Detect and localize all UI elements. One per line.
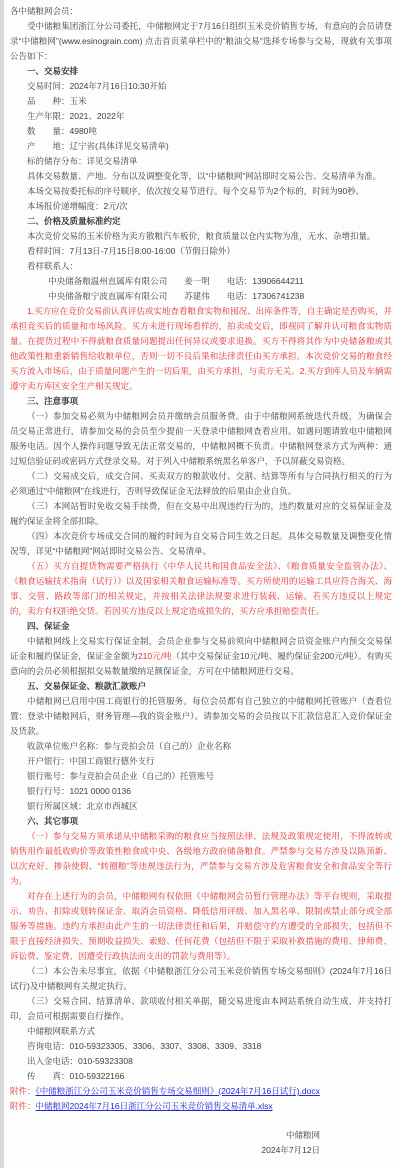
highlighted-text: 附件： <box>10 1101 36 1111</box>
salutation: 各中储粮网会员： <box>10 4 392 19</box>
attachment-line: 附件：中储粮网2024年7月16日浙江分公司玉米竞价销售交易清单.xlsx <box>10 1099 392 1114</box>
document-paragraph: 品 种：玉米 <box>10 94 392 109</box>
signature-org: 中储粮网 <box>10 1128 320 1143</box>
body-text: 银行账号：参与竞拍会员企业（自己的）托管账号 <box>27 771 214 781</box>
signature-block: 中储粮网 2024年7月12日 <box>10 1128 392 1158</box>
document-paragraph: （一）参与交易方须承诺从中储粮采购的粮食应当按照法律、法规及政策规定使用，不得流… <box>10 829 392 889</box>
document-paragraph: 银行所属区域：北京市西城区 <box>10 799 392 814</box>
body-text: 中储粮网联系方式 <box>27 1026 95 1036</box>
body-text: 看样联系人： <box>27 261 78 271</box>
notice-page: { "colors": { "text": "#404040", "headin… <box>0 0 400 1168</box>
heading-text: 五、交易保证金、粮款汇款账户 <box>27 681 146 691</box>
document-paragraph: 本次竞价交易的玉米价格为卖方散粮汽车板价，粮食质量以仓内实物为准，无水、杂增扣量… <box>10 229 392 244</box>
attachment-link[interactable]: 《中储粮浙江分公司玉米竞价销售专场交易细则》(2024年7月16日试行).doc… <box>36 1086 320 1096</box>
document-paragraph: 看样时间：7月13日-7月15日8:00-16:00（节假日除外） <box>10 244 392 259</box>
heading-text: 一、交易安排 <box>27 66 78 76</box>
body-text: 出入金电话：010-59323308 <box>27 1056 133 1066</box>
heading-text: 三、注意事项 <box>27 396 78 406</box>
document-paragraph: 传 真：010-59322166 <box>10 1069 392 1084</box>
document-paragraph: （一）参加交易必须为中储粮网会员并缴纳会员服务费。由于中储粮网系统迭代升级，为确… <box>10 409 392 469</box>
document-paragraph: 生产年限：2021、2022年 <box>10 109 392 124</box>
body-text: 本场交易按委托标的序号顺序，依次按交易节进行。每个交易节为2个标的，时间为90秒… <box>27 186 364 196</box>
body-text: （三）交易合同、结算清单、款项收付相关单据，随交易进度由本网站系统自动生成，并支… <box>10 996 392 1021</box>
document-paragraph: 具体交易数量、产地、分布以及调整变化等，以“中储粮网”网站即时交易公告、交易清单… <box>10 169 392 184</box>
document-paragraph: （三）交易合同、结算清单、款项收付相关单据，随交易进度由本网站系统自动生成，并支… <box>10 994 392 1024</box>
body-text: 标的储存分布：详见交易清单 <box>27 156 138 166</box>
highlighted-text: 附件： <box>10 1086 36 1096</box>
document-paragraph: 银行账号：参与竞拍会员企业（自己的）托管账号 <box>10 769 392 784</box>
body-text: 传 真：010-59322166 <box>27 1071 124 1081</box>
section-heading: 六、其它事项 <box>10 814 392 829</box>
document-paragraph: （二）交易成交后，成交合同、买卖双方的粮款收付、交割、结算等所有与合同执行相关的… <box>10 469 392 499</box>
document-paragraph: 中央储备粮宁波直属库有限公司 苏建伟 电话：17306741238 <box>48 289 392 304</box>
body-text: 收款单位账户名称：参与竞拍会员（自己的）企业名称 <box>27 741 231 751</box>
document-paragraph: 交易时间：2024年7月16日10:30开始 <box>10 79 392 94</box>
document-body: 各中储粮网会员：受中储粮集团浙江分公司委托，中储粮网定于7月16日组织玉米竞价销… <box>10 4 392 1114</box>
body-text: （一）参加交易必须为中储粮网会员并缴纳会员服务费。由于中储粮网系统迭代升级，为确… <box>10 411 392 466</box>
section-heading: 一、交易安排 <box>10 64 392 79</box>
section-heading: 四、保证金 <box>10 619 392 634</box>
document-paragraph: 数 量：4980吨 <box>10 124 392 139</box>
document-paragraph: （二）本公告未尽事宜，依据《中储粮浙江分公司玉米竞价销售专场交易细则》(2024… <box>10 964 392 994</box>
highlighted-text: 对存在上述行为的会员，中储粮网有权依照《中储粮网会员暂行管理办法》等平台规则，采… <box>10 891 392 961</box>
body-text: 各中储粮网会员： <box>10 6 78 16</box>
document-paragraph: 中储粮网联系方式 <box>10 1024 392 1039</box>
body-text: （二）本公告未尽事宜，依据《中储粮浙江分公司玉米竞价销售专场交易细则》(2024… <box>10 966 392 991</box>
document-paragraph: （五）买方自提货物需要严格执行《中华人民共和国食品安全法》、《粮食质量安全监管办… <box>10 559 392 619</box>
document-paragraph: 产 地：辽宁省(具体详见交易清单) <box>10 139 392 154</box>
highlighted-text: 1.买方应在竞价交易前认真评估或实地查看粮食实物和囤况、出库条件等，自主确定是否… <box>10 306 392 391</box>
body-text: 具体交易数量、产地、分布以及调整变化等，以“中储粮网”网站即时交易公告、交易清单… <box>27 171 381 181</box>
attachment-line: 附件：《中储粮浙江分公司玉米竞价销售专场交易细则》(2024年7月16日试行).… <box>10 1084 392 1099</box>
document-paragraph: 本场报价递增幅度：2元/次 <box>10 199 392 214</box>
body-text: 本场报价递增幅度：2元/次 <box>27 201 128 211</box>
highlighted-text: （五）买方自提货物需要严格执行《中华人民共和国食品安全法》、《粮食质量安全监管办… <box>10 561 392 616</box>
body-text: （三）本网站暂时免收交易手续费，但在交易中出现违约行为的，违约数量对应的交易保证… <box>10 501 392 526</box>
body-text: 开户银行：中国工商银行德外支行 <box>27 756 155 766</box>
document-paragraph: 中储粮网线上交易实行保证金制，会员企业参与交易前须向中储粮网会员资金账户内预交交… <box>10 634 392 679</box>
document-paragraph: 受中储粮集团浙江分公司委托，中储粮网定于7月16日组织玉米竞价销售专场，有意向的… <box>10 19 392 64</box>
section-heading: 五、交易保证金、粮款汇款账户 <box>10 679 392 694</box>
section-heading: 二、价格及质量标准约定 <box>10 214 392 229</box>
body-text: 银行所属区域：北京市西城区 <box>27 801 138 811</box>
attachment-link[interactable]: 中储粮网2024年7月16日浙江分公司玉米竞价销售交易清单.xlsx <box>36 1101 273 1111</box>
body-text: 品 种：玉米 <box>27 96 87 106</box>
body-text: 咨询电话：010-59323305、3306、3307、3308、3309、33… <box>27 1041 261 1051</box>
body-text: 受中储粮集团浙江分公司委托，中储粮网定于7月16日组织玉米竞价销售专场，有意向的… <box>10 21 392 61</box>
body-text: 交易时间：2024年7月16日10:30开始 <box>27 81 166 91</box>
document-paragraph: （四）本次竞价专场成交合同的履约时间为自交易合同生效之日起。具体交易数量及调整变… <box>10 529 392 559</box>
body-text: 中央储备粮温州直属库有限公司 姜一明 电话：13906644211 <box>48 276 303 286</box>
body-text: 看样时间：7月13日-7月15日8:00-16:00（节假日除外） <box>27 246 235 256</box>
document-paragraph: 中央储备粮温州直属库有限公司 姜一明 电话：13906644211 <box>48 274 392 289</box>
body-text: 中储粮网已启用中国工商银行的托管服务。每位会员都有自己独立的中储粮网托管账户（查… <box>10 696 392 736</box>
signature-date: 2024年7月12日 <box>10 1143 320 1158</box>
heading-text: 二、价格及质量标准约定 <box>27 216 121 226</box>
document-paragraph: 收款单位账户名称：参与竞拍会员（自己的）企业名称 <box>10 739 392 754</box>
body-text: （二）交易成交后，成交合同、买卖双方的粮款收付、交割、结算等所有与合同执行相关的… <box>10 471 392 496</box>
document-paragraph: 出入金电话：010-59323308 <box>10 1054 392 1069</box>
section-heading: 三、注意事项 <box>10 394 392 409</box>
highlighted-text: 210元/吨 <box>138 651 172 661</box>
highlighted-text: （一）参与交易方须承诺从中储粮采购的粮食应当按照法律、法规及政策规定使用，不得流… <box>10 831 392 886</box>
body-text: 数 量：4980吨 <box>27 126 97 136</box>
document-paragraph: 开户银行：中国工商银行德外支行 <box>10 754 392 769</box>
document-paragraph: 1.买方应在竞价交易前认真评估或实地查看粮食实物和囤况、出库条件等，自主确定是否… <box>10 304 392 394</box>
document-paragraph: 中储粮网已启用中国工商银行的托管服务。每位会员都有自己独立的中储粮网托管账户（查… <box>10 694 392 739</box>
document-paragraph: 对存在上述行为的会员，中储粮网有权依照《中储粮网会员暂行管理办法》等平台规则，采… <box>10 889 392 964</box>
body-text: 产 地：辽宁省(具体详见交易清单) <box>27 141 169 151</box>
document-paragraph: 本场交易按委托标的序号顺序，依次按交易节进行。每个交易节为2个标的，时间为90秒… <box>10 184 392 199</box>
heading-text: 六、其它事项 <box>27 816 78 826</box>
body-text: 银行行号：1021 0000 0136 <box>27 786 131 796</box>
document-paragraph: 咨询电话：010-59323305、3306、3307、3308、3309、33… <box>10 1039 392 1054</box>
body-text: 生产年限：2021、2022年 <box>27 111 124 121</box>
document-paragraph: 标的储存分布：详见交易清单 <box>10 154 392 169</box>
body-text: 中央储备粮宁波直属库有限公司 苏建伟 电话：17306741238 <box>48 291 304 301</box>
document-paragraph: （三）本网站暂时免收交易手续费，但在交易中出现违约行为的，违约数量对应的交易保证… <box>10 499 392 529</box>
body-text: 本次竞价交易的玉米价格为卖方散粮汽车板价，粮食质量以仓内实物为准，无水、杂增扣量… <box>27 231 376 241</box>
heading-text: 四、保证金 <box>27 621 70 631</box>
body-text: （四）本次竞价专场成交合同的履约时间为自交易合同生效之日起。具体交易数量及调整变… <box>10 531 392 556</box>
document-paragraph: 看样联系人： <box>10 259 392 274</box>
